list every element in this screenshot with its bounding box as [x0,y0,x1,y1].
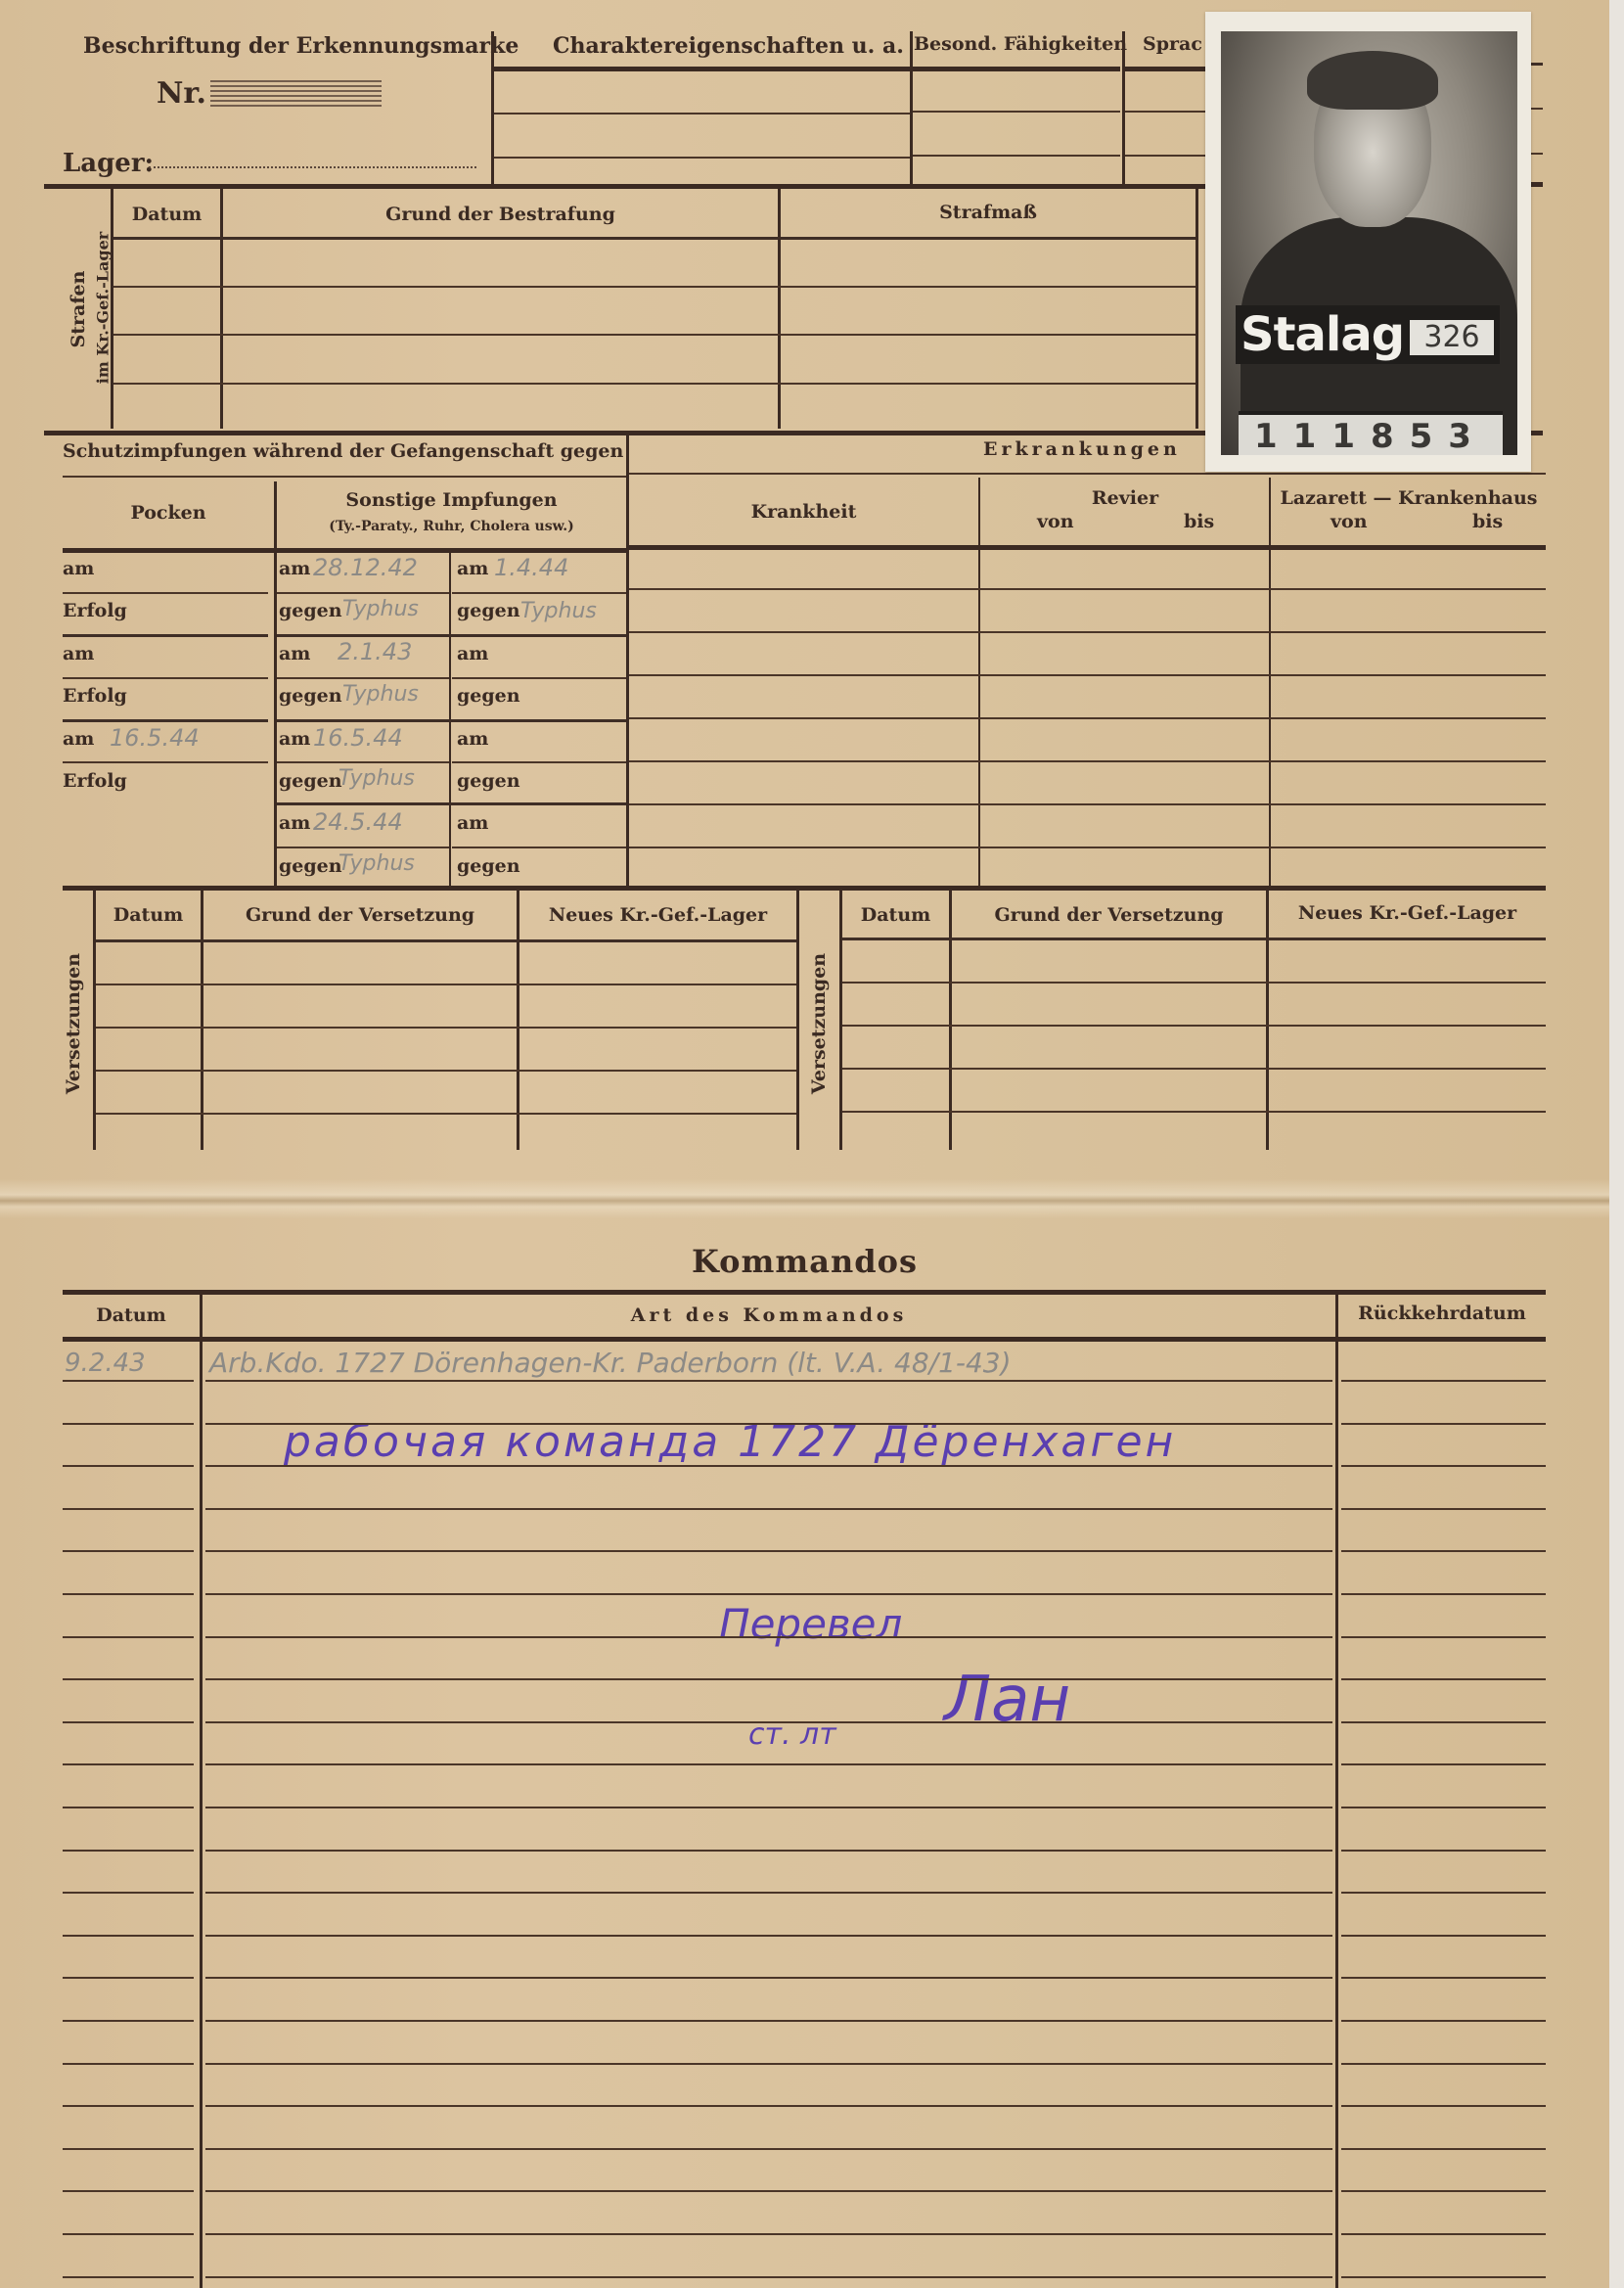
sonstige-am-label: am [279,643,310,664]
divider [494,67,910,71]
revier-bis-label: bis [1184,511,1214,532]
photo-hair [1307,51,1438,110]
divider [113,334,1195,336]
divider [629,588,1546,590]
erkrankungen-title: Erkrankungen [983,438,1181,460]
strafen-side-label-2: im Kr.-Gef.-Lager [94,225,113,391]
divider [63,886,1546,891]
divider [205,1807,1332,1808]
divider [113,237,1195,240]
divider [63,1593,194,1595]
divider [978,478,980,886]
sonstige-gegen-label: gegen [457,685,520,707]
translator-note: Перевел [719,1600,902,1648]
divider [63,761,268,763]
divider [629,631,1546,633]
versetzungen-side-label: Versetzungen [808,940,830,1107]
divider [842,1025,1546,1027]
sonstige-am-label: am [279,728,310,750]
divider [452,761,626,763]
divider [44,431,1205,435]
lazarett-bis-label: bis [1472,511,1503,532]
divider [452,677,626,679]
divider [63,634,268,637]
divider [494,113,910,114]
divider [629,847,1546,848]
revier-von-label: von [1037,511,1074,532]
kommandos-title: Kommandos [0,1243,1609,1280]
divider [205,1423,1332,1425]
lazarett-header: Lazarett — Krankenhaus [1272,487,1546,509]
divider [63,1636,194,1638]
divider [277,677,449,679]
divider [63,2148,194,2150]
divider [1125,111,1205,113]
divider [205,2105,1332,2107]
divider [63,1807,194,1808]
divider [910,31,913,186]
revier-header: Revier [981,487,1269,509]
divider [842,982,1546,984]
translator-signature: Лан [944,1664,1070,1736]
divider [96,1113,796,1115]
photo-prisoner-number: 111853 [1239,411,1503,455]
divider [277,761,449,763]
divider [63,1935,194,1937]
divider [205,2063,1332,2065]
vaccination-date: 2.1.43 [338,638,412,665]
kommando-datum-header: Datum [63,1304,200,1326]
vaccination-disease: Typhus [338,851,415,876]
divider [205,1892,1332,1894]
sonstige-gegen-label: gegen [279,600,342,621]
divider [63,2276,194,2278]
strafmass-header: Strafmaß [781,202,1195,223]
divider [1125,67,1205,71]
charakter-header: Charaktereigenschaften u. a. [553,33,904,59]
sonstige-am-label: am [457,812,488,834]
strafen-datum-header: Datum [113,204,220,225]
divider [629,760,1546,762]
lazarett-von-label: von [1331,511,1368,532]
divider [796,891,799,1150]
divider [1531,63,1543,66]
divider [205,1508,1332,1510]
divider [63,719,268,722]
divider [277,802,626,805]
divider [205,2233,1332,2235]
divider [913,111,1120,113]
divider [1341,2105,1546,2107]
divider [96,939,796,942]
divider [1341,1763,1546,1765]
divider [96,1070,796,1072]
divider [63,476,626,478]
divider [63,1850,194,1852]
divider [205,1380,1332,1382]
divider [205,1977,1332,1979]
divider [1531,153,1543,155]
divider [1341,2063,1546,2065]
versetzung-lager-header: Neues Kr.-Gef.-Lager [519,904,796,926]
divider [63,1337,1546,1342]
versetzung-grund-header: Grund der Versetzung [952,904,1266,926]
divider [1341,1550,1546,1552]
divider [63,2105,194,2107]
divider [452,592,626,594]
sonstige-header: Sonstige Impfungen [277,489,626,511]
divider [1341,1977,1546,1979]
divider [1341,1508,1546,1510]
kommando-art-header: Art des Kommandos [203,1304,1335,1326]
divider [629,545,1546,550]
vaccination-date: 24.5.44 [313,808,403,836]
divider [1195,189,1198,429]
divider [913,155,1120,157]
divider [63,1380,194,1382]
divider [205,2020,1332,2022]
divider [63,1550,194,1552]
nr-label: Nr. [157,76,206,111]
pocken-am-label: am [63,728,94,750]
divider [205,2190,1332,2192]
krankheit-header: Krankheit [629,501,978,523]
divider [63,2063,194,2065]
divider [842,938,1546,940]
vaccination-date: 16.5.44 [313,724,403,752]
divider [1341,1380,1546,1382]
divider [63,1290,1546,1295]
divider [1531,108,1543,110]
divider [63,1465,194,1467]
divider [842,1068,1546,1070]
divider [629,803,1546,805]
divider [96,984,796,985]
divider [842,1111,1546,1113]
divider [1531,182,1543,187]
photo-camp-number: 326 [1407,317,1497,358]
divider [1269,478,1271,886]
faehigkeiten-header: Besond. Fähigkeiten [914,33,1127,55]
divider [205,1550,1332,1552]
divider [205,1678,1332,1680]
kommando-art-value: Arb.Kdo. 1727 Dörenhagen-Kr. Paderborn (… [209,1347,1012,1379]
strafen-grund-header: Grund der Bestrafung [223,204,778,225]
divider [277,634,626,637]
divider [1341,1935,1546,1937]
divider [63,2020,194,2022]
divider [93,891,96,1150]
divider [1341,2190,1546,2192]
impfungen-title: Schutzimpfungen während der Gefangenscha… [63,440,623,462]
divider [205,2276,1332,2278]
sonstige-subheader: (Ty.-Paraty., Ruhr, Cholera usw.) [277,519,626,534]
divider [1341,1678,1546,1680]
divider [778,189,781,429]
versetzung-datum-header: Datum [842,904,949,926]
divider [205,1763,1332,1765]
divider [63,1721,194,1723]
sonstige-gegen-label: gegen [279,685,342,707]
pocken-am-label: am [63,558,94,579]
erkennungsmarke-title: Beschriftung der Erkennungsmarke [83,33,519,59]
vaccination-disease: Typhus [342,682,419,707]
pocken-erfolg-label: Erfolg [63,600,127,621]
divider [491,31,494,186]
divider [517,891,519,1150]
sprache-header: Sprac [1143,33,1202,55]
sonstige-gegen-label: gegen [457,600,520,621]
sonstige-am-label: am [279,558,310,579]
divider [205,1636,1332,1638]
sonstige-gegen-label: gegen [279,770,342,792]
divider [201,891,203,1150]
divider [113,383,1195,385]
divider [205,1721,1332,1723]
divider [113,286,1195,288]
divider [1341,1721,1546,1723]
nr-redacted-field [210,80,382,110]
lager-label: Lager: [63,149,154,178]
prisoner-photo: Stalag 326 111853 [1221,31,1517,455]
divider [63,1423,194,1425]
sonstige-gegen-label: gegen [457,770,520,792]
divider [63,1508,194,1510]
divider [63,677,268,679]
divider [1341,1465,1546,1467]
divider [205,2148,1332,2150]
divider [63,1763,194,1765]
divider [1341,2276,1546,2278]
divider [1341,1423,1546,1425]
sonstige-am-label: am [457,643,488,664]
divider [1125,155,1205,157]
strafen-side-label: Strafen [68,226,89,392]
versetzung-lager-header: Neues Kr.-Gef.-Lager [1269,902,1546,924]
divider [277,592,449,594]
divider [63,1977,194,1979]
divider [63,2233,194,2235]
sonstige-am-label: am [279,812,310,834]
paper-fold-crease [0,1179,1609,1218]
rueckkehrdatum-header: Rückkehrdatum [1338,1303,1546,1324]
divider [63,1678,194,1680]
divider [1122,31,1125,186]
divider [1341,1593,1546,1595]
pocken-am-label: am [63,643,94,664]
divider [200,1294,203,2288]
divider [629,674,1546,676]
divider [205,1465,1332,1467]
divider [277,847,449,848]
divider [205,1593,1332,1595]
divider [63,592,268,594]
versetzung-grund-header: Grund der Versetzung [203,904,517,926]
sonstige-am-label: am [457,728,488,750]
vaccination-disease: Typhus [520,599,597,623]
divider [1341,2233,1546,2235]
divider [205,1850,1332,1852]
divider [913,67,1120,71]
vaccination-disease: Typhus [342,597,419,621]
sonstige-am-label: am [457,558,488,579]
versetzung-datum-header: Datum [96,904,201,926]
pocken-date-value: 16.5.44 [110,724,200,752]
divider [452,847,626,848]
divider [63,548,626,553]
pocken-erfolg-label: Erfolg [63,685,127,707]
vaccination-date: 28.12.42 [313,554,418,581]
kommando-datum-value: 9.2.43 [65,1349,146,1378]
divider [44,184,1205,189]
document-paper: Beschriftung der Erkennungsmarke Nr. Lag… [0,0,1609,2288]
versetzungen-side-label: Versetzungen [63,940,84,1107]
divider [1335,1294,1338,2288]
divider [1341,2020,1546,2022]
pocken-erfolg-label: Erfolg [63,770,127,792]
strafen-label: Strafen [68,271,89,348]
divider [1341,1807,1546,1808]
photo-stalag-text: Stalag [1241,307,1404,362]
lager-field [149,166,476,168]
divider [1341,1850,1546,1852]
divider [1341,1892,1546,1894]
divider [1341,2148,1546,2150]
divider [63,2190,194,2192]
divider [205,1935,1332,1937]
divider [494,157,910,159]
vaccination-date: 1.4.44 [494,554,568,581]
vaccination-disease: Typhus [338,766,415,791]
divider [629,717,1546,719]
divider [96,1027,796,1029]
divider [277,719,626,722]
pocken-header: Pocken [63,502,274,524]
prisoner-photo-frame: Stalag 326 111853 [1205,12,1531,472]
divider [1341,1636,1546,1638]
divider [63,1892,194,1894]
divider [629,473,1546,475]
sonstige-gegen-label: gegen [279,855,342,877]
sonstige-gegen-label: gegen [457,855,520,877]
